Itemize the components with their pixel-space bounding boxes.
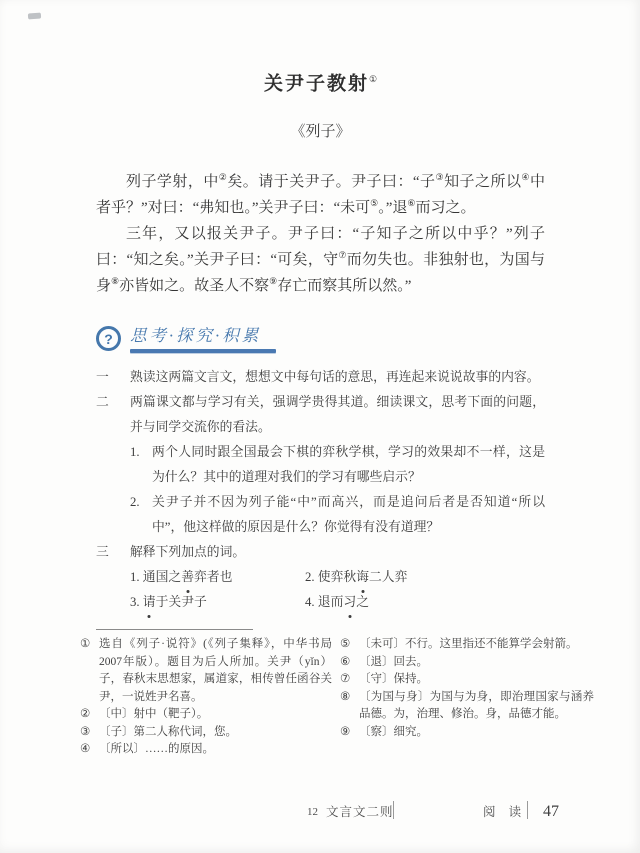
footnote: ② 〔中〕射中（靶子）。 — [80, 706, 332, 724]
section-header-underline — [130, 349, 276, 353]
classical-text-paragraph: 列子学射，中②矣。请于关尹子。尹子曰：“子③知子之所以④中者乎？”对曰：“弗知也… — [96, 169, 545, 221]
sub-question-text: 关尹子并不因为列子能“中”而高兴，而是追问后者是否知道“所以中”，他这样做的原因… — [152, 495, 545, 534]
question-number: 二 — [96, 390, 109, 415]
inline-footnote-mark: ⑦ — [338, 250, 346, 260]
page-number: 47 — [543, 801, 559, 823]
think-explore-accumulate-header: ? 思考·探究·积累 — [96, 325, 545, 353]
question-two-sublist: 1. 两个人同时跟全国最会下棋的弈秋学棋，学习的效果却不一样，这是为什么？其中的… — [130, 440, 545, 540]
question-text: 两篇课文都与学习有关，强调学贵得其道。细读课文，思考下面的问题，并与同学交流你的… — [130, 395, 545, 434]
dotted-character: 请 — [143, 590, 156, 615]
dotted-character: 善 — [181, 565, 194, 590]
sub-question: 2. 关尹子并不因为列子能“中”而高兴，而是追问后者是否知道“所以中”，他这样做… — [130, 490, 545, 540]
footnote: ① 选自《列子·说符》(《列子集释》，中华书局2007年版）。题目为后人所加。关… — [80, 636, 332, 706]
question-one: 一 熟读这两篇文言文，想想文中每句话的意思，再连起来说说故事的内容。 — [96, 365, 545, 390]
lesson-title-footer: 文言文二则 — [326, 801, 394, 823]
footnote: ④ 〔所以〕……的原因。 — [80, 741, 332, 759]
section-header-label: 思考·探究·积累 — [130, 325, 276, 347]
question-three: 三 解释下列加点的词。 — [96, 540, 545, 565]
footnotes-right-column: ⑤ 〔未可〕不行。这里指还不能算学会射箭。 ⑥ 〔退〕回去。 ⑦ 〔守〕保持。 … — [340, 636, 594, 759]
unit-section-label: 阅 读 — [483, 801, 526, 823]
footer-divider-bar — [527, 801, 528, 819]
question-text: 熟读这两篇文言文，想想文中每句话的意思，再连起来说说故事的内容。 — [130, 370, 540, 384]
lesson-number: 12 — [307, 801, 318, 823]
inline-footnote-mark: ③ — [436, 172, 445, 182]
inline-footnote-mark: ④ — [521, 172, 530, 182]
inline-footnote-mark: ⑥ — [407, 198, 415, 208]
sub-question-number: 1. — [130, 440, 140, 465]
inline-footnote-mark: ⑨ — [269, 276, 277, 286]
page-content: 关尹子教射① 《列子》 列子学射，中②矣。请于关尹子。尹子曰：“子③知子之所以④… — [0, 66, 640, 615]
dotted-character: 诲 — [356, 565, 369, 590]
question-two: 二 两篇课文都与学习有关，强调学贵得其道。细读课文，思考下面的问题，并与同学交流… — [96, 390, 545, 440]
footnote: ③ 〔子〕第二人称代词，您。 — [80, 724, 332, 742]
exercises: 一 熟读这两篇文言文，想想文中每句话的意思，再连起来说说故事的内容。 二 两篇课… — [96, 365, 545, 615]
footnote: ⑧ 〔为国与身〕为国与为身，即治理国家与涵养品德。为，治理、修治。身，品德才能。 — [340, 689, 594, 724]
inline-footnote-mark: ⑤ — [370, 198, 378, 208]
question-number: 三 — [96, 540, 109, 565]
word-item: 3. 请于关尹子 — [130, 590, 305, 615]
section-header-text-wrap: 思考·探究·积累 — [130, 325, 276, 353]
page-footer: 12 文言文二则 阅 读 47 — [0, 801, 640, 827]
lesson-source: 《列子》 — [96, 121, 545, 143]
lesson-title: 关尹子教射① — [96, 66, 545, 97]
inline-footnote-mark: ⑧ — [111, 276, 119, 286]
sub-question-number: 2. — [130, 490, 140, 515]
sub-question: 1. 两个人同时跟全国最会下棋的弈秋学棋，学习的效果却不一样，这是为什么？其中的… — [130, 440, 545, 490]
footer-divider-bar — [393, 801, 394, 819]
lesson-title-text: 关尹子教射 — [264, 73, 369, 94]
word-item: 4. 退而习之 — [305, 590, 545, 615]
footnotes: ① 选自《列子·说符》(《列子集释》，中华书局2007年版）。题目为后人所加。关… — [0, 630, 640, 759]
footnote: ⑨ 〔察〕细究。 — [340, 724, 594, 742]
dotted-character: 习 — [343, 590, 356, 615]
question-number: 一 — [96, 365, 109, 390]
footnote: ⑦ 〔守〕保持。 — [340, 671, 594, 689]
word-item: 1. 通国之善弈者也 — [130, 565, 305, 590]
lesson-title-footnote-mark: ① — [369, 74, 377, 84]
question-mark-icon: ? — [96, 326, 121, 351]
classical-text-paragraph: 三年，又以报关尹子。尹子曰：“子知子之所以中乎？”列子曰：“知之矣。”关尹子曰：… — [96, 221, 545, 299]
question-text: 解释下列加点的词。 — [130, 545, 245, 559]
footnotes-left-column: ① 选自《列子·说符》(《列子集释》，中华书局2007年版）。题目为后人所加。关… — [80, 636, 332, 759]
footnote: ⑤ 〔未可〕不行。这里指还不能算学会射箭。 — [340, 636, 594, 654]
inline-footnote-mark: ② — [219, 172, 228, 182]
footnote: ⑥ 〔退〕回去。 — [340, 654, 594, 672]
sub-question-text: 两个人同时跟全国最会下棋的弈秋学棋，学习的效果却不一样，这是为什么？其中的道理对… — [152, 445, 545, 484]
dotted-word-list: 1. 通国之善弈者也 2. 使弈秋诲二人弈 3. 请于关尹子 4. 退而习之 — [130, 565, 545, 615]
word-item: 2. 使弈秋诲二人弈 — [305, 565, 545, 590]
scan-artifact — [28, 13, 41, 20]
